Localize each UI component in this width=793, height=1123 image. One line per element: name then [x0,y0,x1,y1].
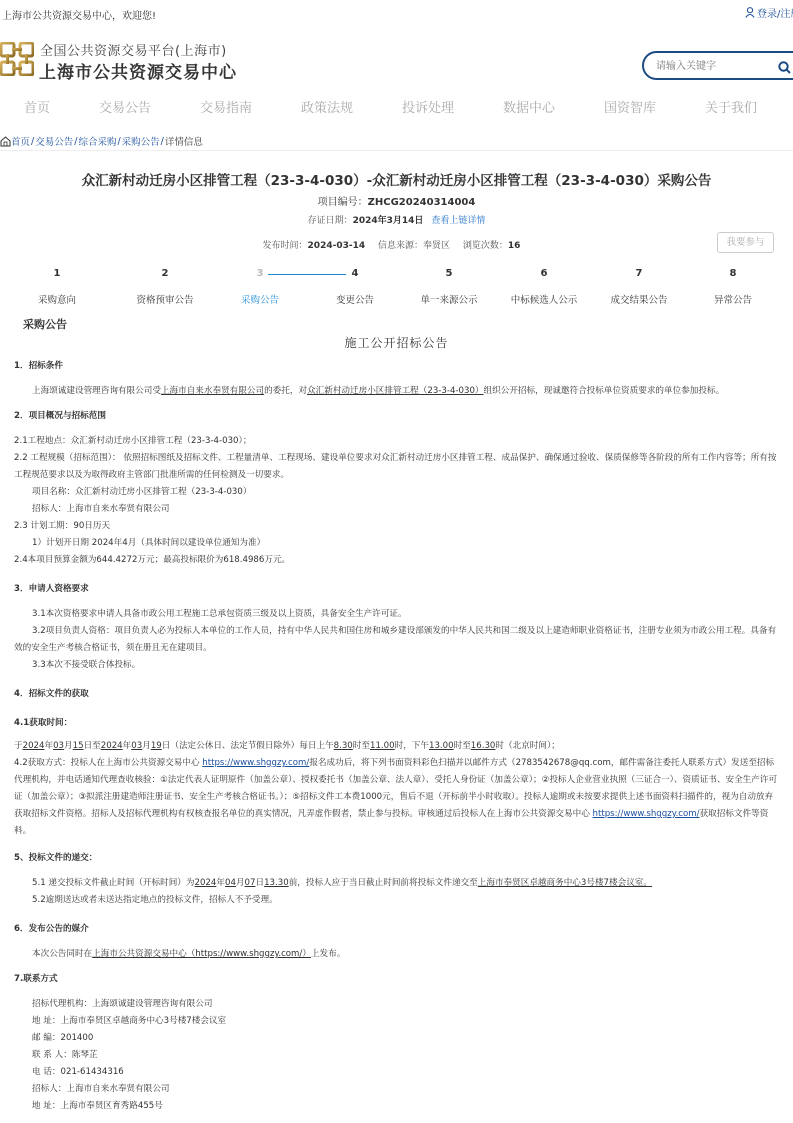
participate-button[interactable]: 我要参与 [717,232,774,253]
s2-3-1: 1）计划开日期 2024年4月（具体时间以建设单位通知为准） [14,535,784,552]
divider [0,150,793,151]
contact-person: 联 系 人：陈琴芷 [14,1047,784,1064]
s1-paragraph: 上海颂诚建设管理咨询有限公司受上海市自来水奉贤有限公司的委托，对众汇新村动迁房小… [14,383,784,400]
s4-heading: 4．招标文件的获取 [14,686,784,703]
view-count: 16 [508,241,521,251]
search-input[interactable] [656,58,766,74]
s2-4: 2.4本项目预算金额为644.4272万元；最高投标限价为618.4986万元。 [14,552,784,569]
login-register-link[interactable]: 登录/注册 [745,5,793,20]
s5-2: 5.2逾期送达或者未送达指定地点的投标文件，招标人不予受理。 [14,892,784,909]
step-6[interactable]: 6中标候选人公示 [494,268,594,306]
s4-1-heading: 4.1获取时间： [14,715,784,732]
contact-tenderer: 招标人：上海市自来水奉贤有限公司 [14,1081,784,1098]
project-number-value: ZHCG20240314004 [368,197,476,208]
platform-name: 全国公共资源交易平台(上海市) [40,40,227,59]
s3-3: 3.3本次不接受联合体投标。 [14,657,784,674]
step-4[interactable]: 4变更公告 [305,268,405,306]
breadcrumb-home[interactable]: 首页 [11,134,30,148]
info-source: 奉贤区 [423,241,450,251]
s2-2: 2.2 工程规模（招标范围）： 依照招标图纸及招标文件、工程量清单、工程现场、建… [14,450,779,484]
welcome-text: 上海市公共资源交易中心，欢迎您! [2,7,156,22]
nav-item-trade-notices[interactable]: 交易公告 [99,97,151,116]
s2-1: 2.1工程地点：众汇新村动迁房小区排管工程（23-3-4-030）； [14,433,784,450]
document-body: 1．招标条件 上海颂诚建设管理咨询有限公司受上海市自来水奉贤有限公司的委托，对众… [14,360,784,1115]
s2-tenderer: 招标人：上海市自来水奉贤有限公司 [14,501,784,518]
shggzy-media-link[interactable]: 上海市公共资源交易中心（https://www.shggzy.com/） [92,949,311,959]
project-number: 项目编号：ZHCG20240314004 [0,193,793,208]
contact-phone: 电 话：021-61434316 [14,1064,784,1081]
certification-info: 存证日期：2024年3月14日查看上链详情 [0,213,793,226]
nav-item-data-center[interactable]: 数据中心 [503,97,555,116]
step-2[interactable]: 2资格预审公告 [115,268,215,306]
s5-1: 5.1 递交投标文件截止时间（开标时间）为2024年04月07日13.30前，投… [14,875,784,892]
process-steps: 1采购意向 2资格预审公告 3采购公告 4变更公告 5单一来源公示 6中标候选人… [0,268,793,308]
contact-tenderer-address: 地 址：上海市奉贤区育秀路455号 [14,1098,784,1115]
view-chain-details-link[interactable]: 查看上链详情 [431,216,485,226]
search-icon [778,61,791,74]
step-1[interactable]: 1采购意向 [7,268,107,306]
s4-2: 4.2获取方式：投标人在上海市公共资源交易中心 https://www.shgg… [14,755,779,840]
notice-title: 众汇新村动迁房小区排管工程（23-3-4-030）-众汇新村动迁房小区排管工程（… [0,169,793,189]
center-name: 上海市公共资源交易中心 [39,58,237,83]
search-box [642,51,793,80]
nav-item-trade-guide[interactable]: 交易指南 [200,97,252,116]
s3-2: 3.2项目负责人资格：项目负责人必为投标人本单位的工作人员，持有中华人民共和国住… [14,623,779,657]
s3-1: 3.1本次资格要求申请人具备市政公用工程施工总承包资质三级及以上资质，具备安全生… [14,606,784,623]
login-label: 登录/注册 [757,5,793,20]
s1-heading: 1．招标条件 [14,358,784,375]
publish-time: 2024-03-14 [308,241,366,251]
main-nav: 首页 交易公告 交易指南 政策法规 投诉处理 数据中心 国资智库 关于我们 [0,92,793,120]
step-5[interactable]: 5单一来源公示 [399,268,499,306]
contact-agency-address: 地 址：上海市奉贤区卓越商务中心3号楼7楼会议室 [14,1013,784,1030]
breadcrumb: 首页/ 交易公告/ 综合采购/ 采购公告/ 详情信息 [0,134,203,148]
s2-project-name: 项目名称：众汇新村动迁房小区排管工程（23-3-4-030） [14,484,784,501]
s7-heading: 7.联系方式 [14,971,784,988]
gold-lattice-logo-icon [0,42,34,76]
contact-agency: 招标代理机构：上海颂诚建设管理咨询有限公司 [14,996,784,1013]
s3-heading: 3．申请人资格要求 [14,581,784,598]
user-icon [745,7,755,18]
s2-3: 2.3 计划工期：90日历天 [14,518,784,535]
document-title: 施工公开招标公告 [0,334,793,351]
s6-heading: 6．发布公告的媒介 [14,921,784,938]
shggzy-link-2[interactable]: https://www.shggzy.com/ [593,809,700,819]
breadcrumb-comprehensive-procurement[interactable]: 综合采购 [78,134,116,148]
nav-item-think-tank[interactable]: 国资智库 [604,97,656,116]
breadcrumb-procurement-notices[interactable]: 采购公告 [122,134,160,148]
notice-meta: 发布时间：2024-03-14 信息来源：奉贤区 浏览次数：16 [0,238,793,251]
step-7[interactable]: 7成交结果公告 [589,268,689,306]
step-8[interactable]: 8异常公告 [683,268,783,306]
contact-postcode: 邮 编：201400 [14,1030,784,1047]
breadcrumb-current: 详情信息 [165,134,203,148]
search-button[interactable] [778,59,791,78]
step-3[interactable]: 3采购公告 [210,268,310,306]
s6-paragraph: 本次公告同时在上海市公共资源交易中心（https://www.shggzy.co… [14,946,784,963]
nav-item-about[interactable]: 关于我们 [705,97,757,116]
section-heading: 采购公告 [23,316,67,332]
s4-1-time: 于2024年03月15日至2024年03月19日（法定公休日、法定节假日除外）每… [14,738,784,755]
s2-heading: 2．项目概况与招标范围 [14,408,784,425]
home-icon [0,136,11,147]
shggzy-link[interactable]: https://www.shggzy.com/ [202,758,309,768]
s5-heading: 5、投标文件的递交： [14,850,784,867]
breadcrumb-trade-notices[interactable]: 交易公告 [35,134,73,148]
nav-item-complaints[interactable]: 投诉处理 [402,97,454,116]
nav-item-home[interactable]: 首页 [24,97,50,116]
nav-item-policies[interactable]: 政策法规 [301,97,353,116]
cert-date: 2024年3月14日 [353,216,424,226]
